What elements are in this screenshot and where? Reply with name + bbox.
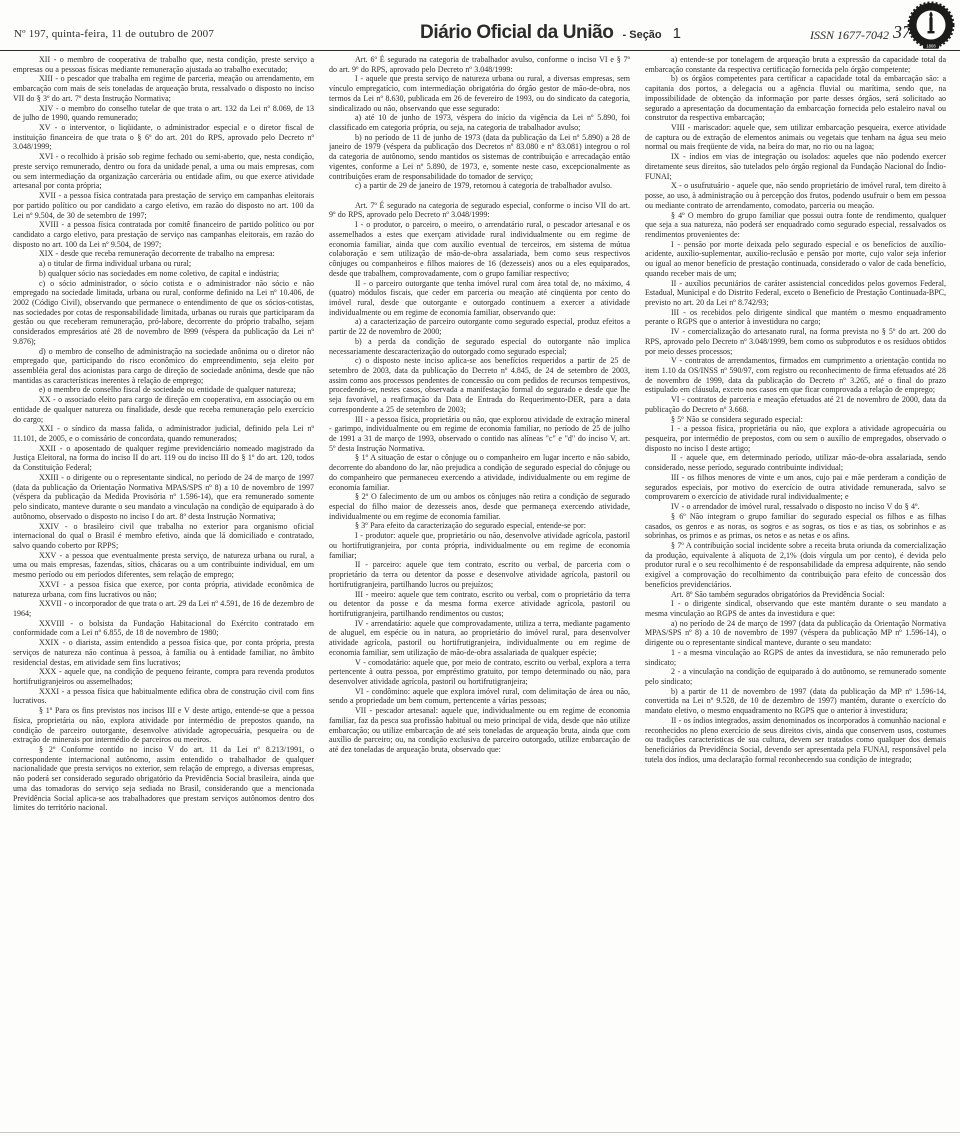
- paragraph: XXIX - o diarista, assim entendido a pes…: [13, 638, 314, 667]
- paragraph: Art. 8º São também segurados obrigatório…: [645, 590, 946, 600]
- paragraph: c) a partir de 29 de janeiro de 1979, re…: [329, 181, 630, 191]
- paragraph: § 6º Não integram o grupo familiar do se…: [645, 512, 946, 541]
- paragraph: § 2º O falecimento de um ou ambos os côn…: [329, 492, 630, 521]
- paragraph: XXX - aquele que, na condição de pequeno…: [13, 667, 314, 686]
- paragraph: XV - o interventor, o liqüidante, o admi…: [13, 123, 314, 152]
- paragraph: III - meeiro: aquele que tem contrato, e…: [329, 590, 630, 619]
- paragraph: XXV - a pessoa que eventualmente presta …: [13, 551, 314, 580]
- paragraph: XII - o membro de cooperativa de trabalh…: [13, 55, 314, 74]
- paragraph: XXVI - a pessoa física que exerce, por c…: [13, 580, 314, 599]
- paragraph: a) o titular de firma individual urbana …: [13, 259, 314, 269]
- paragraph: e) o membro de conselho fiscal de socied…: [13, 385, 314, 395]
- paragraph: II - o parceiro outorgante que tenha imó…: [329, 279, 630, 318]
- paragraph: Art. 7º É segurado na categoria de segur…: [329, 201, 630, 220]
- paragraph: III - os filhos menores de vinte e um an…: [645, 473, 946, 502]
- paragraph: a) até 10 de junho de 1973, véspera do i…: [329, 113, 630, 132]
- paragraph: XIX - desde que receba remuneração decor…: [13, 249, 314, 259]
- paragraph: b) no período de 11 de junho de 1973 (da…: [329, 133, 630, 182]
- seal-year: 1808: [926, 44, 936, 49]
- paragraph: § 1º A situação de estar o cônjuge ou o …: [329, 453, 630, 492]
- paragraph: a) entende-se por tonelagem de arqueação…: [645, 55, 946, 74]
- paragraph: III - os recebidos pelo dirigente sindic…: [645, 308, 946, 327]
- paragraph: VI - condômino: aquele que explora imóve…: [329, 687, 630, 706]
- text-column-2: Art. 6º É segurado na categoria de traba…: [329, 55, 630, 1127]
- paragraph: 1 - a mesma vinculação ao RGPS de antes …: [645, 648, 946, 667]
- paragraph: II - parceiro: aquele que tem contrato, …: [329, 560, 630, 589]
- issn-number: ISSN 1677-7042: [810, 28, 889, 43]
- paragraph: XXIII - o dirigente ou o representante s…: [13, 473, 314, 522]
- paragraph: V - comodatário: aquele que, por meio de…: [329, 658, 630, 687]
- paragraph: I - o dirigente sindical, observando que…: [645, 599, 946, 618]
- paragraph: XVI - o recolhido à prisão sob regime fe…: [13, 152, 314, 191]
- section-number: 1: [673, 25, 681, 42]
- text-column-1: XII - o membro de cooperativa de trabalh…: [13, 55, 314, 1127]
- paragraph: I - o produtor, o parceiro, o meeiro, o …: [329, 220, 630, 278]
- paragraph: XVII - a pessoa física contratada para p…: [13, 191, 314, 220]
- paragraph: IV - arrendatário: aquele que comprovada…: [329, 619, 630, 658]
- paragraph: VIII - mariscador: aquele que, sem utili…: [645, 123, 946, 152]
- edition-date: Nº 197, quinta-feira, 11 de outubro de 2…: [14, 28, 214, 40]
- paragraph: VI - contratos de parceria e meação efet…: [645, 395, 946, 414]
- paragraph: X - o usufrutuário - aquele que, não sen…: [645, 181, 946, 210]
- article-text-area: XII - o membro de cooperativa de trabalh…: [13, 55, 947, 1127]
- paragraph: I - a pessoa física, proprietária ou não…: [645, 424, 946, 453]
- paragraph: XVIII - a pessoa física contratada por c…: [13, 220, 314, 249]
- paragraph: b) a perda da condição de segurado espec…: [329, 337, 630, 356]
- masthead-title: Diário Oficial da União: [420, 22, 614, 43]
- masthead: Diário Oficial da União - Seção 1: [420, 22, 681, 44]
- paragraph: I - pensão por morte deixada pelo segura…: [645, 240, 946, 279]
- paragraph: d) o membro de conselho de administração…: [13, 347, 314, 386]
- gazette-page: { "header": { "edition": "Nº 197, quinta…: [0, 0, 960, 1136]
- page-bottom-divider: [0, 1132, 960, 1133]
- paragraph: § 2º Conforme contido no inciso V do art…: [13, 745, 314, 813]
- paragraph: IX - índios em vias de integração ou iso…: [645, 152, 946, 181]
- text-column-3: a) entende-se por tonelagem de arqueação…: [645, 55, 946, 1127]
- paragraph: Art. 6º É segurado na categoria de traba…: [329, 55, 630, 74]
- paragraph: XIV - o membro do conselho tutelar de qu…: [13, 104, 314, 123]
- paragraph: IV - o arrendador de imóvel rural, ressa…: [645, 502, 946, 512]
- paragraph: XXVIII - o bolsista da Fundação Habitaci…: [13, 619, 314, 638]
- paragraph: b) os órgãos competentes para certificar…: [645, 74, 946, 123]
- paragraph: XX - o associado eleito para cargo de di…: [13, 395, 314, 424]
- paragraph: IV - comercialização do artesanato rural…: [645, 327, 946, 356]
- paragraph: II - aquele que, em determinado período,…: [645, 453, 946, 472]
- paragraph: I - produtor: aquele que, proprietário o…: [329, 531, 630, 560]
- paragraph: § 5º Não se considera segurado especial:: [645, 415, 946, 425]
- paragraph: XXXI - a pessoa física que habitualmente…: [13, 687, 314, 706]
- paragraph: XXI - o síndico da massa falida, o admin…: [13, 424, 314, 443]
- paragraph: XXVII - o incorporador de que trata o ar…: [13, 599, 314, 618]
- paragraph: b) a partir de 11 de novembro de 1997 (d…: [645, 687, 946, 716]
- paragraph: XXII - o aposentado de qualquer regime p…: [13, 444, 314, 473]
- paragraph: III - a pessoa física, proprietária ou n…: [329, 415, 630, 454]
- page-header: Nº 197, quinta-feira, 11 de outubro de 2…: [0, 0, 960, 50]
- paragraph: § 3º Para efeito da caracterização do se…: [329, 521, 630, 531]
- paragraph: § 4º O membro do grupo familiar que poss…: [645, 211, 946, 240]
- paragraph: b) qualquer sócio nas sociedades em nome…: [13, 269, 314, 279]
- paragraph: § 1º Para os fins previstos nos incisos …: [13, 706, 314, 745]
- paragraph: c) o sócio administrador, o sócio cotist…: [13, 279, 314, 347]
- header-divider: [0, 50, 960, 51]
- paragraph: c) o disposto neste inciso aplica-se aos…: [329, 356, 630, 414]
- paragraph: VII - pescador artesanal: aquele que, in…: [329, 706, 630, 755]
- imprensa-nacional-seal-icon: 1808: [906, 1, 956, 51]
- paragraph: a) no período de 24 de março de 1997 (da…: [645, 619, 946, 648]
- paragraph: 2 - a vinculação na condição de equipara…: [645, 667, 946, 686]
- paragraph: II - os índios integrados, assim denomin…: [645, 716, 946, 765]
- paragraph: XXIV - o brasileiro civil que trabalha n…: [13, 522, 314, 551]
- paragraph: V - contratos de arrendamentos, firmados…: [645, 356, 946, 395]
- paragraph: II - auxílios pecuniários de caráter ass…: [645, 279, 946, 308]
- section-label: - Seção: [623, 29, 662, 41]
- paragraph: I - aquele que presta serviço de naturez…: [329, 74, 630, 113]
- paragraph: a) a caracterização de parceiro outorgan…: [329, 317, 630, 336]
- paragraph: § 7º A contribuição social incidente sob…: [645, 541, 946, 590]
- paragraph: XIII - o pescador que trabalha em regime…: [13, 74, 314, 103]
